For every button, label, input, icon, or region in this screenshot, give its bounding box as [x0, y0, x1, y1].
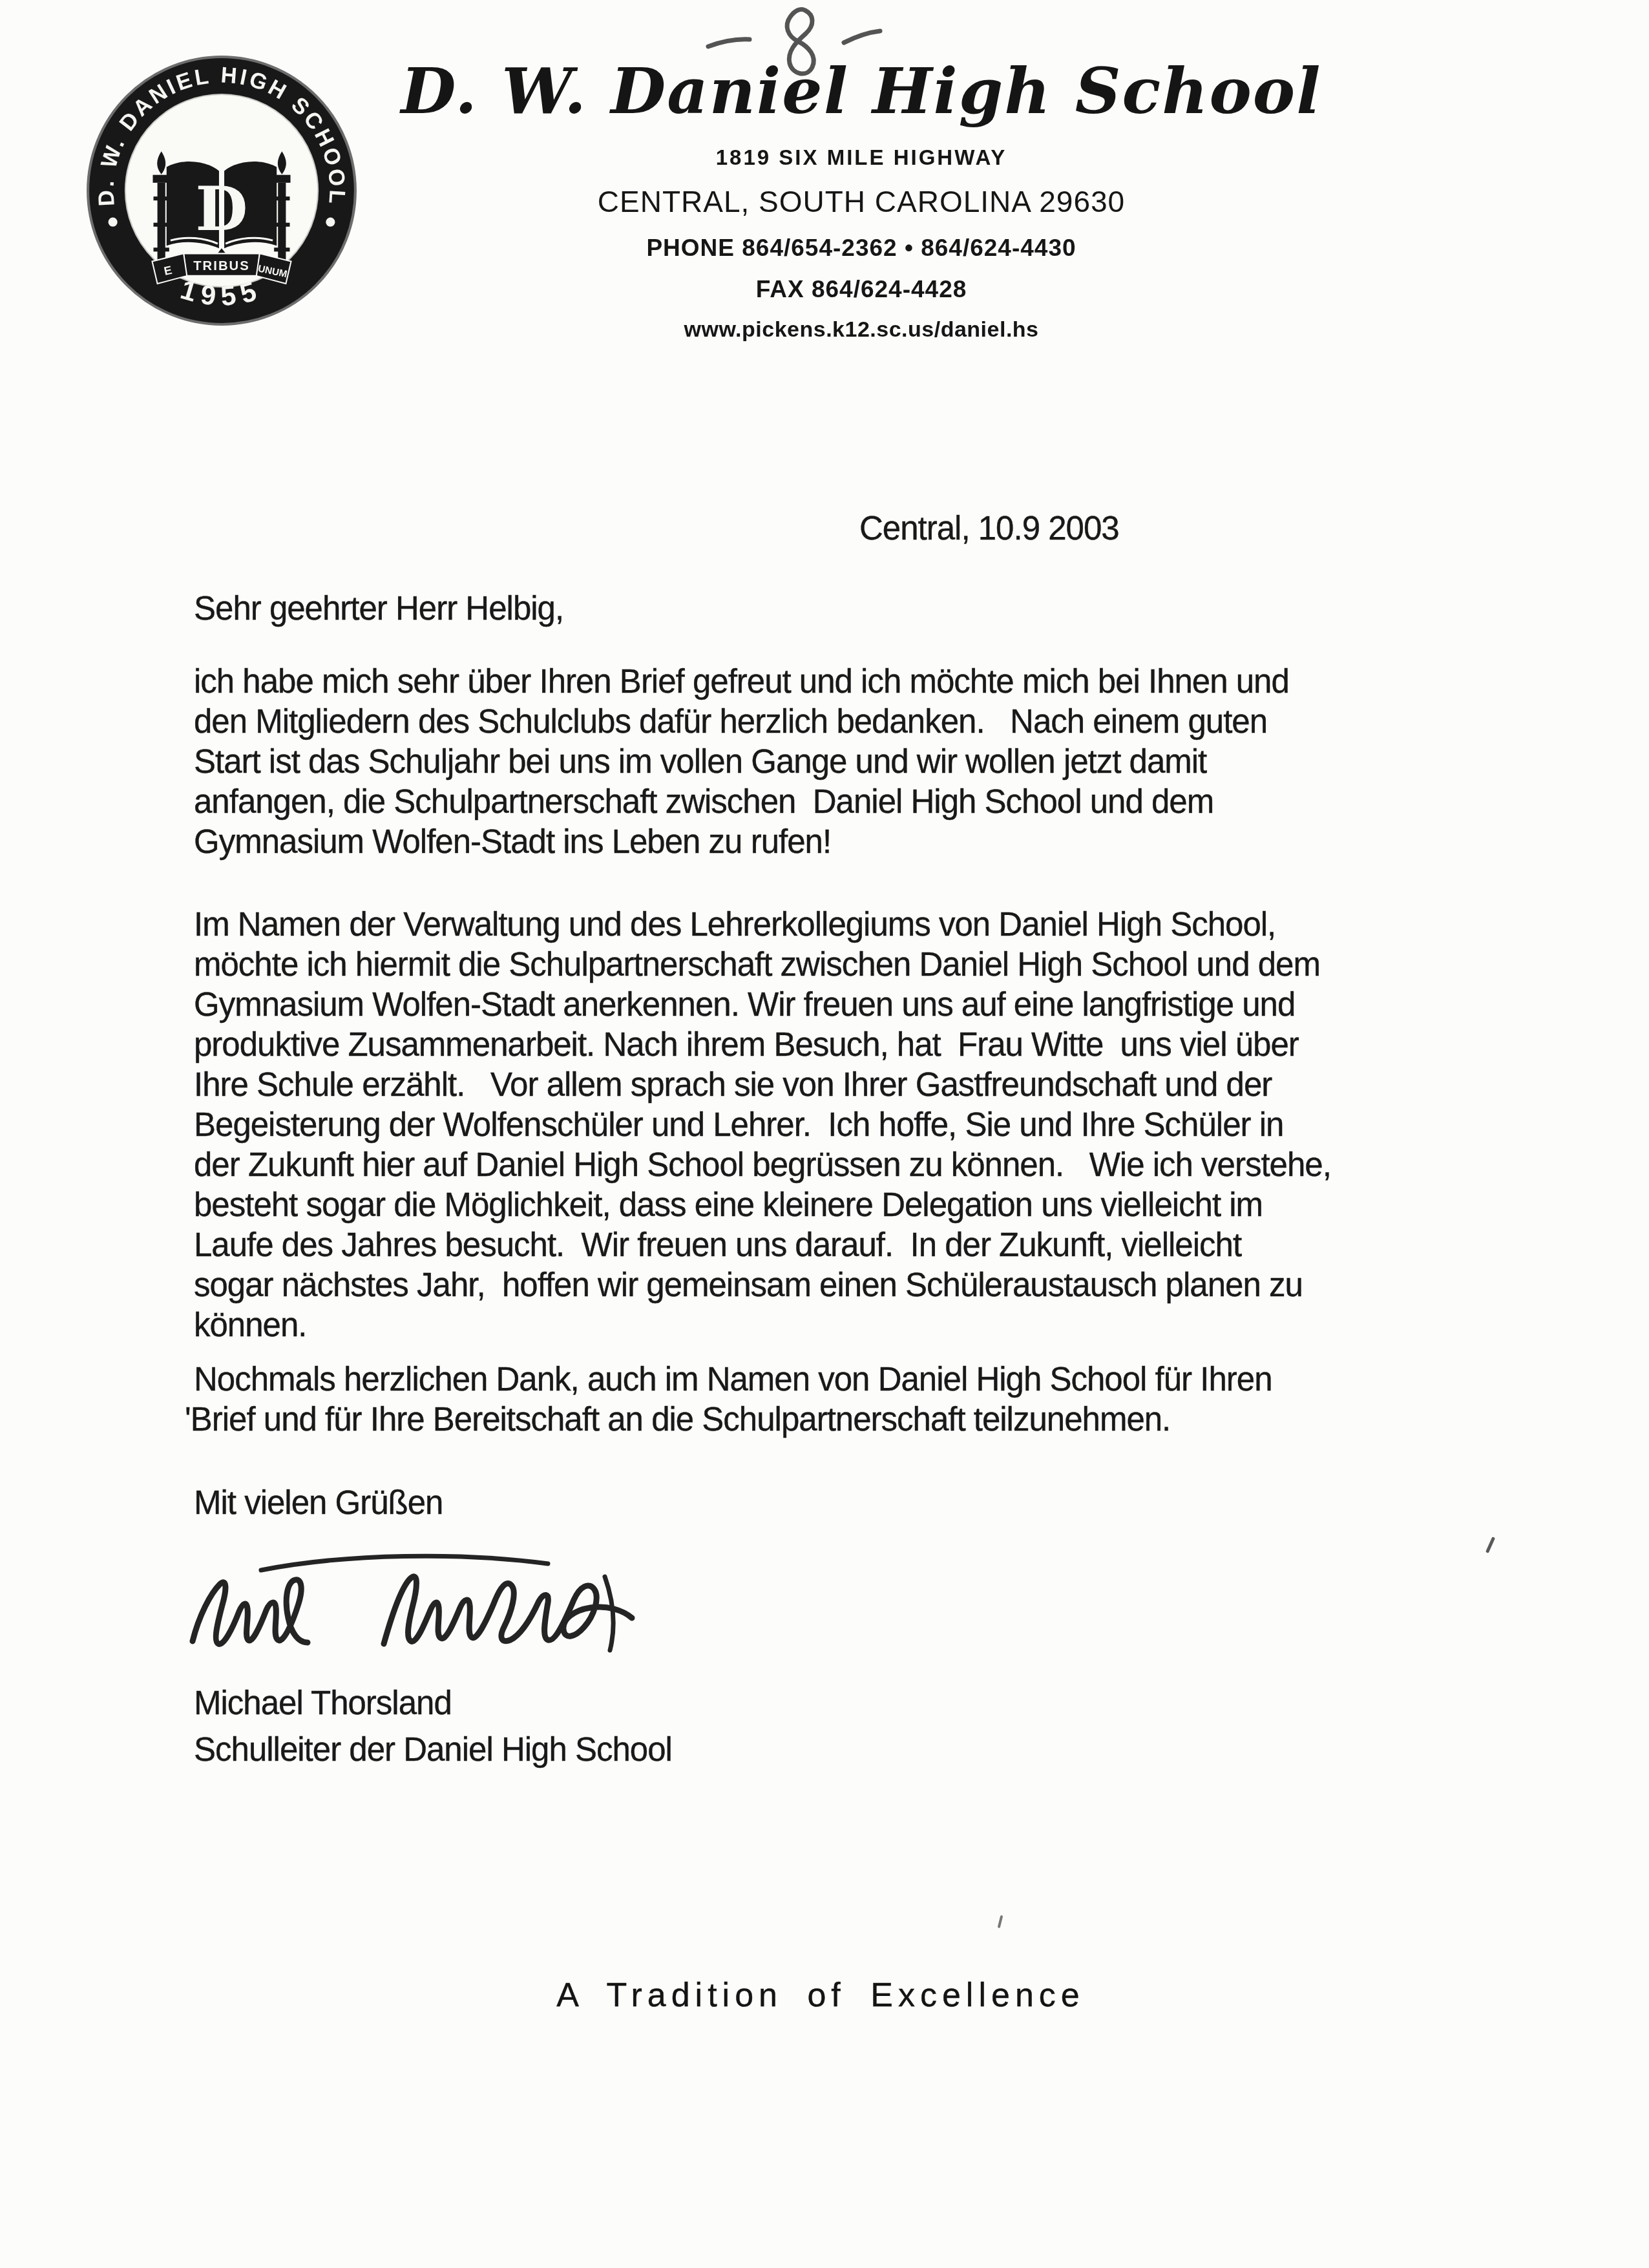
- scan-artifact: [1486, 1537, 1495, 1553]
- seal-dot-right: [326, 218, 335, 227]
- school-name: D. W. Daniel High School: [354, 56, 1369, 129]
- text-line: Gymnasium Wolfen-Stadt anerkennen. Wir f…: [194, 985, 1396, 1025]
- text-line: können.: [194, 1305, 1396, 1345]
- text-line: besteht sogar die Möglichkeit, dass eine…: [194, 1185, 1396, 1225]
- seal-dot-left: [109, 218, 118, 227]
- dateline: Central, 10.9 2003: [859, 509, 1119, 547]
- dash-left-stroke: [708, 39, 750, 47]
- text-line: sogar nächstes Jahr, hoffen wir gemeinsa…: [194, 1265, 1396, 1305]
- phone-line: PHONE 864/654-2362 • 864/624-4430: [354, 235, 1369, 262]
- signature-d-cross-stroke: [605, 1577, 613, 1650]
- text-line: produktive Zusammenarbeit. Nach ihrem Be…: [194, 1025, 1396, 1065]
- fax-line: FAX 864/624-4428: [354, 276, 1369, 303]
- text-line: 'Brief und für Ihre Bereitschaft an die …: [194, 1400, 1396, 1440]
- text-line: Im Namen der Verwaltung und des Lehrerko…: [194, 905, 1396, 945]
- signature-crossbar-stroke: [261, 1556, 548, 1570]
- website-line: www.pickens.k12.sc.us/daniel.hs: [354, 317, 1369, 342]
- body-paragraph: Nochmals herzlichen Dank, auch im Namen …: [194, 1360, 1396, 1440]
- text-line: ich habe mich sehr über Ihren Brief gefr…: [194, 662, 1396, 702]
- school-motto: A Tradition of Excellence: [0, 1976, 1641, 2015]
- body-paragraph: Im Namen der Verwaltung und des Lehrerko…: [194, 905, 1396, 1345]
- text-line: anfangen, die Schulpartnerschaft zwische…: [194, 782, 1396, 822]
- text-line: möchte ich hiermit die Schulpartnerschaf…: [194, 945, 1396, 985]
- text-line: der Zukunft hier auf Daniel High School …: [194, 1145, 1396, 1185]
- text-line: Gymnasium Wolfen-Stadt ins Leben zu rufe…: [194, 822, 1396, 862]
- text-line: den Mitgliedern des Schulclubs dafür her…: [194, 702, 1396, 742]
- body-paragraph: ich habe mich sehr über Ihren Brief gefr…: [194, 662, 1396, 862]
- address-line: 1819 SIX MILE HIGHWAY: [354, 145, 1369, 170]
- letter-page: - 8 - D. W. DANIEL HIGH SCHOOL 1955: [0, 0, 1649, 2268]
- school-seal: D. W. DANIEL HIGH SCHOOL 1955: [84, 53, 359, 328]
- text-line: Laufe des Jahres besucht. Wir freuen uns…: [194, 1225, 1396, 1265]
- closing: Mit vielen Grüßen: [194, 1484, 443, 1522]
- signature-title: Schulleiter der Daniel High School: [194, 1730, 672, 1769]
- letterhead: D. W. Daniel High School 1819 SIX MILE H…: [354, 56, 1369, 342]
- text-line: Start ist das Schuljahr bei uns im volle…: [194, 742, 1396, 782]
- scan-artifact: [998, 1915, 1003, 1928]
- text-line: Nochmals herzlichen Dank, auch im Namen …: [194, 1360, 1396, 1400]
- city-state-zip-line: CENTRAL, SOUTH CAROLINA 29630: [354, 184, 1369, 219]
- text-line: Ihre Schule erzählt. Vor allem sprach si…: [194, 1065, 1396, 1105]
- signature-last-name-stroke: [384, 1577, 632, 1644]
- text-line: Begeisterung der Wolfenschüler und Lehre…: [194, 1105, 1396, 1145]
- seal-monogram: D: [196, 174, 248, 245]
- signature-name: Michael Thorsland: [194, 1684, 452, 1722]
- salutation: Sehr geehrter Herr Helbig,: [194, 589, 563, 627]
- seal-motto-center: TRIBUS: [193, 259, 250, 273]
- dash-right-stroke: [844, 31, 880, 43]
- signature-scribble: [185, 1539, 685, 1689]
- signature-first-name-stroke: [193, 1580, 308, 1644]
